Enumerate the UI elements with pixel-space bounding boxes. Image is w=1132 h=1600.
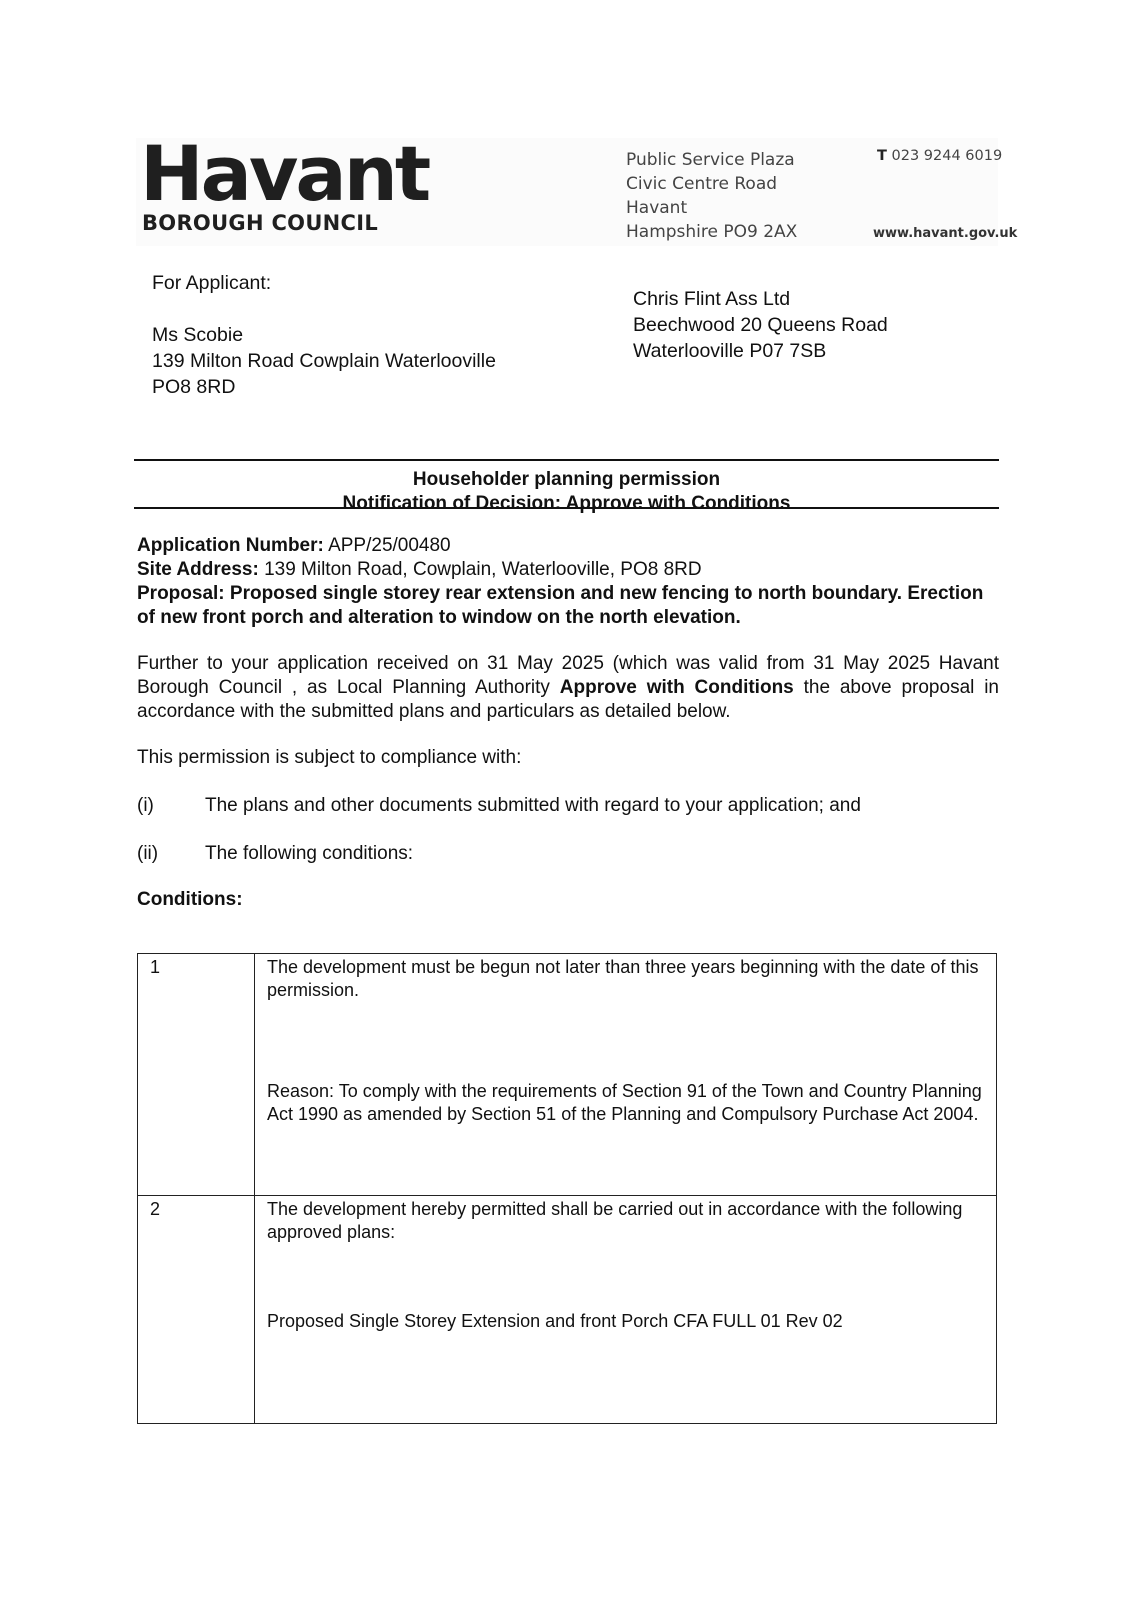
condition-body: The development hereby permitted shall b… — [255, 1196, 997, 1424]
label: Proposal: — [137, 583, 225, 604]
council-address: Public Service Plaza Civic Centre Road H… — [626, 148, 797, 244]
item-text: The plans and other documents submitted … — [205, 795, 861, 816]
agent-address: Chris Flint Ass Ltd Beechwood 20 Queens … — [633, 286, 888, 364]
title-rule-bottom — [134, 507, 999, 509]
label: Site Address: — [137, 559, 259, 580]
condition-reason: Reason: To comply with the requirements … — [267, 1080, 986, 1126]
council-phone: T 023 9244 6019 — [877, 148, 1002, 164]
condition-number: 2 — [138, 1196, 255, 1424]
condition-number: 1 — [138, 954, 255, 1196]
condition-text: The development must be begun not later … — [267, 956, 986, 1002]
council-address-line: Havant — [626, 196, 797, 220]
table-row: 1 The development must be begun not late… — [138, 954, 997, 1196]
applicant-address: For Applicant: Ms Scobie 139 Milton Road… — [152, 270, 496, 400]
proposal: Proposal: Proposed single storey rear ex… — [137, 582, 999, 630]
council-website: www.havant.gov.uk — [873, 226, 1017, 241]
agent-address-line: Beechwood 20 Queens Road — [633, 312, 888, 338]
decision-paragraph: Further to your application received on … — [137, 652, 999, 724]
approved-plan: Proposed Single Storey Extension and fro… — [267, 1310, 986, 1333]
agent-address-line: Waterlooville P07 7SB — [633, 338, 888, 364]
applicant-name: Ms Scobie — [152, 322, 496, 348]
site-address: Site Address: 139 Milton Road, Cowplain,… — [137, 558, 999, 582]
value: 139 Milton Road, Cowplain, Waterlooville… — [264, 559, 702, 580]
applicant-label: For Applicant: — [152, 270, 496, 296]
value: Proposed single storey rear extension an… — [137, 583, 983, 628]
title-rule-top — [134, 459, 999, 461]
phone-number: 023 9244 6019 — [892, 148, 1003, 164]
council-logo: Havant — [140, 136, 428, 212]
condition-body: The development must be begun not later … — [255, 954, 997, 1196]
council-address-line: Public Service Plaza — [626, 148, 797, 172]
conditions-heading: Conditions: — [137, 888, 999, 912]
table-row: 2 The development hereby permitted shall… — [138, 1196, 997, 1424]
agent-name: Chris Flint Ass Ltd — [633, 286, 888, 312]
decision-emphasis: Approve with Conditions — [560, 677, 794, 698]
council-address-line: Civic Centre Road — [626, 172, 797, 196]
title-line: Notification of Decision: Approve with C… — [134, 492, 999, 516]
label: Application Number: — [137, 535, 324, 556]
condition-text: The development hereby permitted shall b… — [267, 1198, 986, 1244]
council-logo-subtitle: BOROUGH COUNCIL — [142, 211, 378, 235]
item-text: The following conditions: — [205, 843, 413, 864]
council-address-line: Hampshire PO9 2AX — [626, 220, 797, 244]
compliance-item: (ii)The following conditions: — [137, 842, 413, 866]
item-number: (ii) — [137, 842, 205, 866]
compliance-item: (i)The plans and other documents submitt… — [137, 794, 861, 818]
application-number: Application Number: APP/25/00480 — [137, 534, 999, 558]
value: APP/25/00480 — [328, 535, 451, 556]
conditions-table: 1 The development must be begun not late… — [137, 953, 997, 1424]
compliance-intro: This permission is subject to compliance… — [137, 746, 999, 770]
applicant-address-line: 139 Milton Road Cowplain Waterlooville — [152, 348, 496, 374]
applicant-postcode: PO8 8RD — [152, 374, 496, 400]
application-details: Application Number: APP/25/00480 Site Ad… — [137, 534, 999, 630]
title-line: Householder planning permission — [134, 468, 999, 492]
item-number: (i) — [137, 794, 205, 818]
phone-prefix: T — [877, 148, 887, 164]
